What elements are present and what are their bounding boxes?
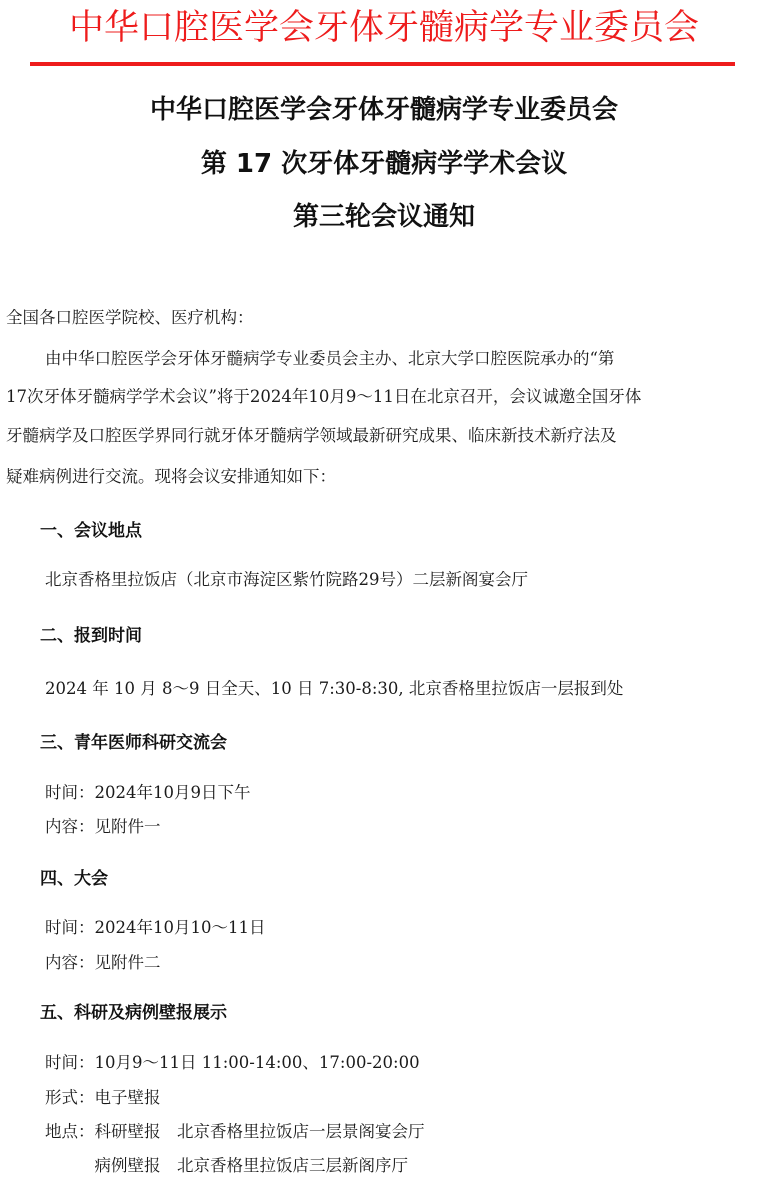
intro-line-2: 17次牙体牙髓病学学术会议”将于2024年10月9～11日在北京召开，会议诚邀全… [6,386,641,408]
title-line-notice: 第三轮会议通知 [0,199,768,235]
intro-line-1: 由中华口腔医学会牙体牙髓病学专业委员会主办、北京大学口腔医院承办的“第 [45,348,614,370]
title-line-organizer: 中华口腔医学会牙体牙髓病学专业委员会 [0,92,768,128]
title-line-conference: 第 17 次牙体牙髓病学学术会议 [0,146,768,182]
section-heading-venue: 一、会议地点 [40,519,142,543]
plenary-content: 内容：见附件二 [45,952,161,974]
section-heading-young-doctors: 三、青年医师科研交流会 [40,731,227,755]
salutation: 全国各口腔医学院校、医疗机构： [6,307,254,329]
posters-location-cases: 病例壁报 北京香格里拉饭店三层新阁序厅 [45,1155,408,1177]
intro-line-3: 牙髓病学及口腔医学界同行就牙体牙髓病学领域最新研究成果、临床新技术新疗法及 [6,425,617,447]
posters-location-research: 地点：科研壁报 北京香格里拉饭店一层景阁宴会厅 [45,1121,425,1143]
intro-line-4: 疑难病例进行交流。现将会议安排通知如下： [6,466,336,488]
section-heading-registration: 二、报到时间 [40,624,142,648]
section-heading-plenary: 四、大会 [40,867,108,891]
young-doctors-time: 时间：2024年10月9日下午 [45,782,251,804]
venue-text: 北京香格里拉饭店（北京市海淀区紫竹院路29号）二层新阁宴会厅 [45,569,528,591]
registration-text: 2024 年 10 月 8～9 日全天、10 日 7:30-8:30, 北京香格… [45,678,623,700]
young-doctors-content: 内容：见附件一 [45,816,161,838]
section-heading-posters: 五、科研及病例壁报展示 [40,1001,227,1025]
letterhead-divider [30,62,735,66]
plenary-time: 时间：2024年10月10～11日 [45,917,265,939]
posters-time: 时间：10月9～11日 11:00-14:00、17:00-20:00 [45,1052,420,1074]
posters-format: 形式：电子壁报 [45,1087,161,1109]
letterhead-org-name: 中华口腔医学会牙体牙髓病学专业委员会 [0,4,768,52]
